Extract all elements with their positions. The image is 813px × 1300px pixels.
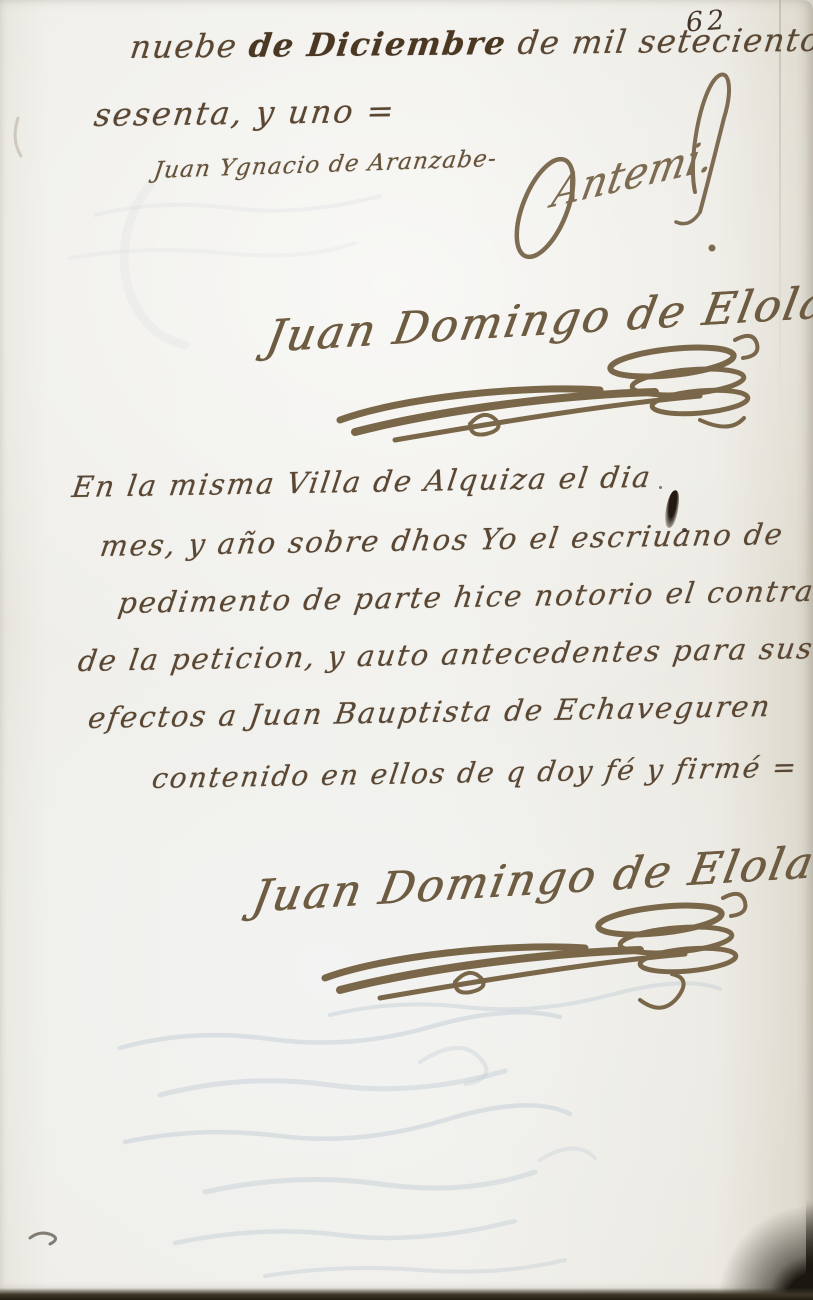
manuscript-scan: 62 nuebe de Diciembre de mil setecientos…	[0, 0, 813, 1300]
corner-shadow	[663, 1180, 813, 1300]
signature-rubric-2	[0, 0, 813, 1300]
bottom-scan-shadow	[0, 1288, 813, 1300]
